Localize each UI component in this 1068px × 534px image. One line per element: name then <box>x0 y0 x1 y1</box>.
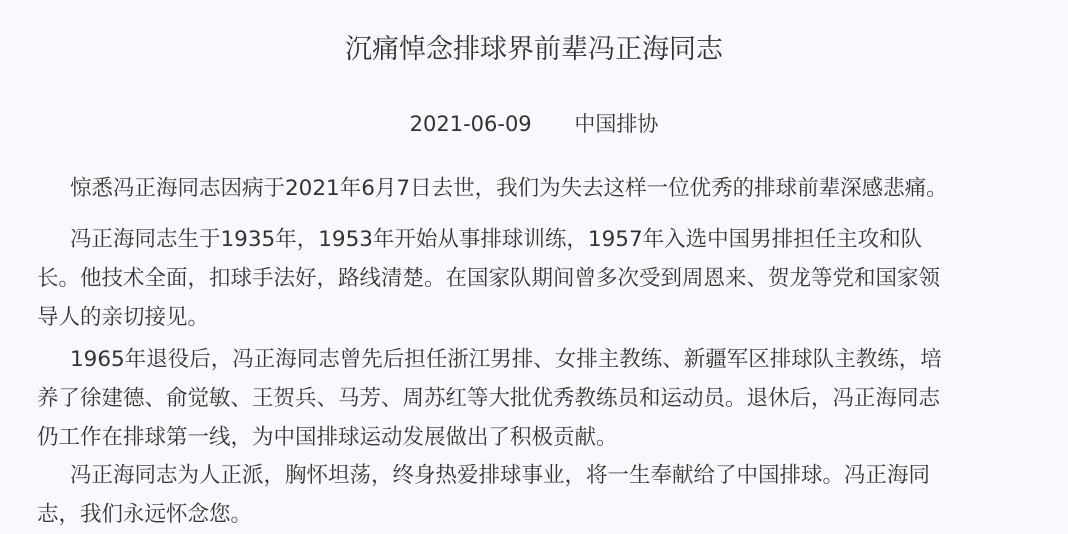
paragraph-line: 惊悉冯正海同志因病于2021年6月7日去世，我们为失去这样一位优秀的排球前辈深感… <box>37 169 1037 208</box>
paragraph-line: 导人的亲切接见。 <box>37 298 1037 337</box>
article-title: 沉痛悼念排球界前辈冯正海同志 <box>0 30 1068 70</box>
paragraph-line: 仍工作在排球第一线，为中国排球运动发展做出了积极贡献。 <box>37 418 1037 457</box>
paragraph-line: 志，我们永远怀念您。 <box>37 495 1037 534</box>
paragraph-4: 冯正海同志为人正派，胸怀坦荡，终身热爱排球事业，将一生奉献给了中国排球。冯正海同… <box>37 456 1037 534</box>
publish-source: 中国排协 <box>574 112 658 136</box>
publish-date: 2021-06-09 <box>410 112 532 136</box>
article-meta: 2021-06-09 中国排协 <box>0 108 1068 140</box>
paragraph-1: 惊悉冯正海同志因病于2021年6月7日去世，我们为失去这样一位优秀的排球前辈深感… <box>37 169 1037 208</box>
paragraph-2: 冯正海同志生于1935年，1953年开始从事排球训练，1957年入选中国男排担任… <box>37 220 1037 337</box>
paragraph-line: 冯正海同志生于1935年，1953年开始从事排球训练，1957年入选中国男排担任… <box>37 220 1037 259</box>
article: 沉痛悼念排球界前辈冯正海同志 2021-06-09 中国排协 惊悉冯正海同志因病… <box>0 0 1068 534</box>
paragraph-line: 冯正海同志为人正派，胸怀坦荡，终身热爱排球事业，将一生奉献给了中国排球。冯正海同 <box>37 456 1037 495</box>
paragraph-3: 1965年退役后，冯正海同志曾先后担任浙江男排、女排主教练、新疆军区排球队主教练… <box>37 340 1037 457</box>
paragraph-line: 养了徐建德、俞觉敏、王贺兵、马芳、周苏红等大批优秀教练员和运动员。退休后，冯正海… <box>37 379 1037 418</box>
paragraph-line: 长。他技术全面，扣球手法好，路线清楚。在国家队期间曾多次受到周恩来、贺龙等党和国… <box>37 259 1037 298</box>
paragraph-line: 1965年退役后，冯正海同志曾先后担任浙江男排、女排主教练、新疆军区排球队主教练… <box>37 340 1037 379</box>
